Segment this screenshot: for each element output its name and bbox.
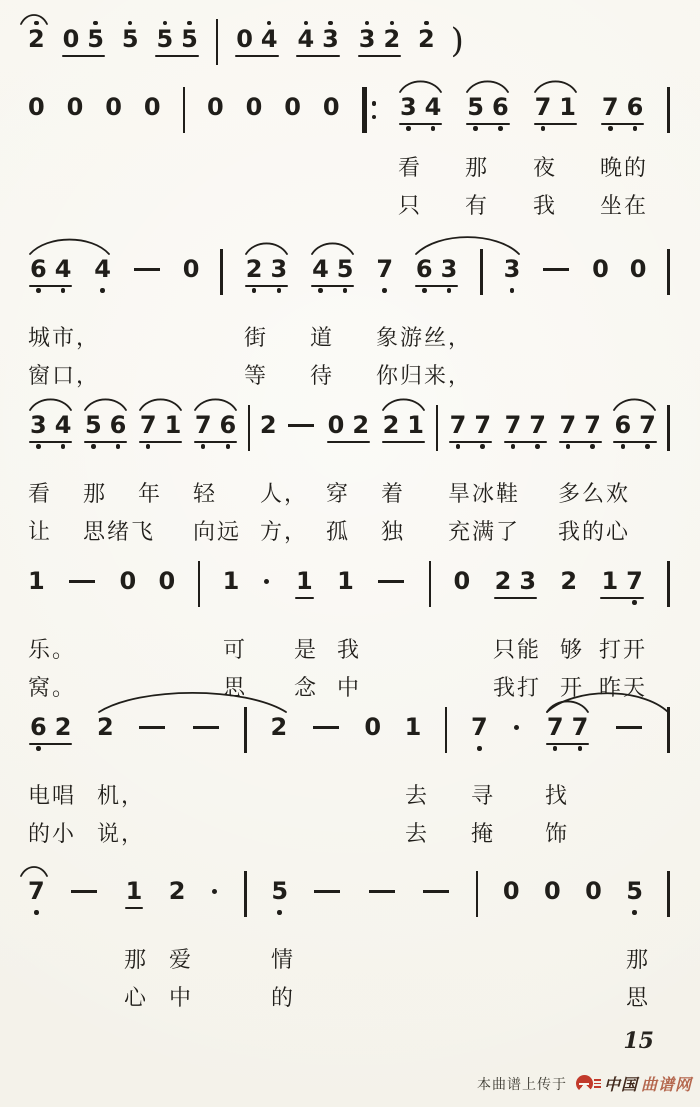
- note-3: 3: [400, 84, 417, 135]
- notes-row: 622201777: [28, 704, 670, 755]
- lyric-syllable: 只: [398, 189, 422, 220]
- note-5: 5: [271, 868, 288, 919]
- low-octave-dot: [645, 444, 650, 449]
- note-0: 0: [119, 558, 136, 609]
- lyric-syllable: 我: [533, 189, 557, 220]
- lyric-syllable: 等: [244, 359, 268, 390]
- note-0: 0: [454, 558, 471, 609]
- barline: [476, 871, 479, 917]
- note-0: 0: [323, 84, 340, 135]
- beamed-note-group: 76: [193, 402, 238, 453]
- note-3: 3: [519, 558, 536, 609]
- note-3: 3: [504, 246, 521, 297]
- low-octave-dot: [456, 444, 461, 449]
- barline: [667, 249, 670, 295]
- lyric-syllable: 是: [294, 633, 318, 664]
- beamed-note-group: 34: [28, 402, 73, 453]
- lyric-syllable: 情: [271, 943, 295, 974]
- note-4: 4: [55, 246, 72, 297]
- note-7: 7: [195, 402, 212, 453]
- lyric-syllable: 我打: [493, 671, 541, 702]
- note-7: 7: [626, 558, 643, 609]
- low-octave-dot: [633, 126, 638, 131]
- beamed-note-group: 62: [28, 704, 73, 755]
- note-0: 0: [28, 84, 45, 135]
- note-0: 0: [592, 246, 609, 297]
- lyric-syllable: 饰: [545, 817, 569, 848]
- lyric-line-2: 让思绪飞向远方，孤独充满了我的心: [28, 515, 670, 549]
- note-1: 1: [601, 558, 618, 609]
- low-octave-dot: [480, 444, 485, 449]
- lyric-syllable: 昨天: [599, 671, 647, 702]
- note-1: 1: [559, 84, 576, 135]
- note-7: 7: [535, 84, 552, 135]
- note-6: 6: [416, 246, 433, 297]
- low-octave-dot: [553, 746, 558, 751]
- augmentation-dot: [262, 558, 272, 584]
- note-7: 7: [529, 402, 546, 453]
- beamed-note-group: 63: [414, 246, 459, 297]
- note-6: 6: [614, 402, 631, 453]
- lyric-syllable: 的: [271, 981, 295, 1012]
- duration-dash: [614, 704, 644, 729]
- note-2: 2: [383, 402, 400, 453]
- beamed-note-group: 02: [326, 402, 371, 453]
- note-0: 0: [67, 84, 84, 135]
- note-2: 2: [271, 704, 288, 755]
- lyric-syllable: 心: [124, 981, 148, 1012]
- note-7: 7: [602, 84, 619, 135]
- duration-dash: [191, 704, 221, 729]
- low-octave-dot: [277, 288, 282, 293]
- beamed-note-group: 56: [465, 84, 510, 135]
- beamed-note-group: 05: [61, 16, 106, 67]
- note-4: 4: [312, 246, 329, 297]
- low-octave-dot: [343, 288, 348, 293]
- duration-dash: [311, 704, 341, 729]
- beamed-note-group: 04: [234, 16, 279, 67]
- note-0: 0: [105, 84, 122, 135]
- note-5: 5: [156, 16, 173, 67]
- system-6: 622201777电唱机，去寻找的小说，去掩饰: [28, 704, 670, 851]
- lyric-syllable: 看: [398, 151, 422, 182]
- barline: [480, 249, 483, 295]
- note-0: 0: [207, 84, 224, 135]
- beamed-note-group: 77: [545, 704, 590, 755]
- note-7: 7: [28, 868, 45, 919]
- low-octave-dot: [473, 126, 478, 131]
- lyric-syllable: 思绪飞: [83, 515, 155, 546]
- site-logo: 中国 曲谱网: [576, 1072, 692, 1095]
- note-0: 0: [144, 84, 161, 135]
- duration-dash: [367, 868, 397, 893]
- lyric-syllable: 只能: [493, 633, 541, 664]
- note-0: 0: [236, 16, 253, 67]
- note-5: 5: [626, 868, 643, 919]
- note-2: 2: [383, 16, 400, 67]
- barline: [220, 249, 223, 295]
- low-octave-dot: [100, 288, 105, 293]
- system-4: 345671762022177777767看那年轻人，穿着旱冰鞋多么欢让思绪飞向…: [28, 402, 670, 549]
- note-3: 3: [322, 16, 339, 67]
- system-7: 71250005那爱情那心中的思: [28, 868, 670, 1015]
- logo-text-china: 中国: [604, 1072, 638, 1095]
- system-1: 2055550443322): [28, 16, 464, 67]
- lyric-syllable: 有: [465, 189, 489, 220]
- notes-row: 2055550443322): [28, 16, 464, 67]
- duration-dash: [421, 868, 451, 893]
- lyric-line-1: 电唱机，去寻找: [28, 779, 670, 813]
- note-5: 5: [181, 16, 198, 67]
- beamed-note-group: 76: [600, 84, 645, 135]
- lyric-line-1: 那爱情那: [28, 943, 670, 977]
- note-0: 0: [630, 246, 647, 297]
- barline: [667, 561, 670, 607]
- note-7: 7: [376, 246, 393, 297]
- beamed-note-group: 23: [244, 246, 289, 297]
- page-number: 15: [623, 1028, 654, 1054]
- music-disc-icon: [576, 1075, 593, 1092]
- low-octave-dot: [406, 126, 411, 131]
- lyric-syllable: 充满了: [448, 515, 520, 546]
- barline: [667, 707, 670, 753]
- lyric-syllable: 可: [223, 633, 247, 664]
- lyric-syllable: 穿: [326, 477, 350, 508]
- beamed-note-group: 55: [154, 16, 199, 67]
- note-3: 3: [359, 16, 376, 67]
- barline: [198, 561, 201, 607]
- duration-dash: [67, 558, 97, 583]
- note-1: 1: [28, 558, 45, 609]
- lyric-syllable: 街: [244, 321, 268, 352]
- lyric-syllable: 那: [465, 151, 489, 182]
- repeat-start-sign: [362, 87, 377, 133]
- note-5: 5: [337, 246, 354, 297]
- beamed-note-group: 77: [558, 402, 603, 453]
- lyric-line-1: 看那夜晚的: [28, 151, 670, 185]
- low-octave-dot: [498, 126, 503, 131]
- low-octave-dot: [36, 746, 41, 751]
- note-2: 2: [246, 246, 263, 297]
- lyric-syllable: 年: [138, 477, 162, 508]
- lyric-syllable: 那: [626, 943, 650, 974]
- note-1: 1: [296, 558, 313, 609]
- lyric-line-2: 窗口，等待你归来，: [28, 359, 670, 393]
- note-1: 1: [126, 868, 143, 919]
- note-2: 2: [55, 704, 72, 755]
- low-octave-dot: [61, 444, 66, 449]
- note-1: 1: [405, 704, 422, 755]
- augmentation-dot: [210, 868, 220, 894]
- note-2: 2: [560, 558, 577, 609]
- beamed-note-group: 23: [493, 558, 538, 609]
- lyric-syllable: 掩: [471, 817, 495, 848]
- beamed-note-group: 71: [138, 402, 183, 453]
- notes-row: 0000000034567176: [28, 84, 670, 135]
- lyric-line-1: 看那年轻人，穿着旱冰鞋多么欢: [28, 477, 670, 511]
- low-octave-dot: [36, 444, 41, 449]
- beamed-note-group: 32: [357, 16, 402, 67]
- duration-dash: [541, 246, 571, 271]
- barline: [667, 405, 670, 451]
- note-2: 2: [260, 402, 277, 453]
- lyric-syllable: 道: [310, 321, 334, 352]
- note-7: 7: [474, 402, 491, 453]
- note-6: 6: [110, 402, 127, 453]
- lyric-syllable: 着: [381, 477, 405, 508]
- system-3: 64402345763300城市，街道象游丝，窗口，等待你归来，: [28, 246, 670, 393]
- lyric-syllable: 你归来，: [376, 359, 472, 390]
- note-7: 7: [547, 704, 564, 755]
- note-4: 4: [297, 16, 314, 67]
- lyric-syllable: 机，: [97, 779, 145, 810]
- footer-watermark: 本曲谱上传于 中国 曲谱网: [477, 1072, 692, 1095]
- duration-dash: [286, 402, 316, 427]
- note-6: 6: [30, 704, 47, 755]
- lyric-syllable: 去: [405, 817, 429, 848]
- lyric-syllable: 窝。: [28, 671, 76, 702]
- note-2: 2: [352, 402, 369, 453]
- note-4: 4: [94, 246, 111, 297]
- low-octave-dot: [431, 126, 436, 131]
- beamed-note-group: 34: [398, 84, 443, 135]
- lyric-syllable: 我的心: [558, 515, 630, 546]
- beamed-note-group: 1: [294, 558, 315, 609]
- augmentation-dot: [511, 704, 521, 730]
- low-octave-dot: [447, 288, 452, 293]
- beamed-note-group: 64: [28, 246, 73, 297]
- lyric-syllable: 中: [337, 671, 361, 702]
- lyric-syllable: 说，: [97, 817, 145, 848]
- close-paren: ): [451, 18, 464, 64]
- lyric-line-2: 窝。思念中我打开昨天: [28, 671, 670, 705]
- low-octave-dot: [277, 910, 282, 915]
- note-0: 0: [585, 868, 602, 919]
- low-octave-dot: [621, 444, 626, 449]
- lyric-syllable: 那: [124, 943, 148, 974]
- lyric-syllable: 我: [337, 633, 361, 664]
- lyric-syllable: 让: [28, 515, 52, 546]
- low-octave-dot: [632, 600, 637, 605]
- note-5: 5: [85, 402, 102, 453]
- lyric-syllable: 念: [294, 671, 318, 702]
- note-0: 0: [364, 704, 381, 755]
- lyric-syllable: 旱冰鞋: [448, 477, 520, 508]
- logo-text-qupu: 曲谱网: [641, 1072, 692, 1095]
- lyric-syllable: 打开: [599, 633, 647, 664]
- note-7: 7: [471, 704, 488, 755]
- lyric-syllable: 待: [310, 359, 334, 390]
- sheet-music-page: 2055550443322)0000000034567176看那夜晚的只有我坐在…: [0, 0, 700, 1107]
- note-3: 3: [30, 402, 47, 453]
- system-2: 0000000034567176看那夜晚的只有我坐在: [28, 84, 670, 223]
- beamed-note-group: 77: [503, 402, 548, 453]
- lyric-syllable: 寻: [471, 779, 495, 810]
- lyric-syllable: 思: [626, 981, 650, 1012]
- note-1: 1: [223, 558, 240, 609]
- note-6: 6: [627, 84, 644, 135]
- lyric-syllable: 爱: [169, 943, 193, 974]
- barline: [445, 707, 448, 753]
- duration-dash: [137, 704, 167, 729]
- lyric-syllable: 乐。: [28, 633, 76, 664]
- barline: [667, 871, 670, 917]
- note-7: 7: [572, 704, 589, 755]
- note-1: 1: [165, 402, 182, 453]
- low-octave-dot: [61, 288, 66, 293]
- low-octave-dot: [422, 288, 427, 293]
- note-7: 7: [140, 402, 157, 453]
- low-octave-dot: [226, 444, 231, 449]
- duration-dash: [376, 558, 406, 583]
- note-7: 7: [584, 402, 601, 453]
- lyric-line-1: 城市，街道象游丝，: [28, 321, 670, 355]
- lyric-syllable: 独: [381, 515, 405, 546]
- lyric-syllable: 夜: [533, 151, 557, 182]
- notes-row: 64402345763300: [28, 246, 670, 297]
- beamed-note-group: 71: [533, 84, 578, 135]
- low-octave-dot: [252, 288, 257, 293]
- low-octave-dot: [632, 910, 637, 915]
- note-3: 3: [270, 246, 287, 297]
- barline: [244, 707, 247, 753]
- barline: [429, 561, 432, 607]
- lyric-syllable: 城市，: [28, 321, 100, 352]
- staff-lines-icon: [594, 1079, 601, 1088]
- system-5: 100111023217乐。可是我只能够打开窝。思念中我打开昨天: [28, 558, 670, 705]
- note-2: 2: [418, 16, 435, 67]
- low-octave-dot: [590, 444, 595, 449]
- duration-dash: [312, 868, 342, 893]
- lyric-syllable: 那: [83, 477, 107, 508]
- lyric-syllable: 坐在: [600, 189, 648, 220]
- lyric-line-2: 的小说，去掩饰: [28, 817, 670, 851]
- note-4: 4: [261, 16, 278, 67]
- beamed-note-group: 43: [295, 16, 340, 67]
- lyric-syllable: 思: [223, 671, 247, 702]
- note-0: 0: [328, 402, 345, 453]
- note-5: 5: [87, 16, 104, 67]
- lyric-syllable: 的小: [28, 817, 76, 848]
- note-2: 2: [28, 16, 45, 67]
- notes-row: 100111023217: [28, 558, 670, 609]
- lyric-syllable: 人，: [260, 477, 308, 508]
- lyric-syllable: 看: [28, 477, 52, 508]
- low-octave-dot: [535, 444, 540, 449]
- barline: [216, 19, 219, 65]
- note-1: 1: [337, 558, 354, 609]
- low-octave-dot: [510, 288, 515, 293]
- beamed-note-group: 67: [612, 402, 657, 453]
- barline: [248, 405, 251, 451]
- lyric-syllable: 电唱: [28, 779, 76, 810]
- note-6: 6: [30, 246, 47, 297]
- note-2: 2: [97, 704, 114, 755]
- low-octave-dot: [36, 288, 41, 293]
- note-0: 0: [544, 868, 561, 919]
- note-7: 7: [505, 402, 522, 453]
- low-octave-dot: [116, 444, 121, 449]
- beamed-note-group: 17: [599, 558, 644, 609]
- note-2: 2: [169, 868, 186, 919]
- beamed-note-group: 45: [310, 246, 355, 297]
- low-octave-dot: [91, 444, 96, 449]
- low-octave-dot: [477, 746, 482, 751]
- low-octave-dot: [541, 126, 546, 131]
- low-octave-dot: [578, 746, 583, 751]
- note-7: 7: [560, 402, 577, 453]
- barline: [183, 87, 186, 133]
- note-5: 5: [122, 16, 139, 67]
- note-0: 0: [246, 84, 263, 135]
- footer-upload-text: 本曲谱上传于: [477, 1074, 567, 1094]
- beamed-note-group: 21: [381, 402, 426, 453]
- beamed-note-group: 1: [124, 868, 145, 919]
- lyric-syllable: 开: [560, 671, 584, 702]
- low-octave-dot: [34, 910, 39, 915]
- duration-dash: [69, 868, 99, 893]
- low-octave-dot: [318, 288, 323, 293]
- notes-row: 345671762022177777767: [28, 402, 670, 453]
- lyric-syllable: 去: [405, 779, 429, 810]
- lyric-syllable: 中: [169, 981, 193, 1012]
- low-octave-dot: [511, 444, 516, 449]
- note-4: 4: [55, 402, 72, 453]
- note-6: 6: [492, 84, 509, 135]
- notes-row: 71250005: [28, 868, 670, 919]
- duration-dash: [132, 246, 162, 271]
- lyric-syllable: 晚的: [600, 151, 648, 182]
- low-octave-dot: [201, 444, 206, 449]
- lyric-syllable: 象游丝，: [376, 321, 472, 352]
- note-4: 4: [425, 84, 442, 135]
- low-octave-dot: [146, 444, 151, 449]
- note-6: 6: [220, 402, 237, 453]
- note-0: 0: [159, 558, 176, 609]
- beamed-note-group: 56: [83, 402, 128, 453]
- note-0: 0: [503, 868, 520, 919]
- lyric-line-1: 乐。可是我只能够打开: [28, 633, 670, 667]
- low-octave-dot: [382, 288, 387, 293]
- lyric-line-2: 心中的思: [28, 981, 670, 1015]
- lyric-syllable: 方，: [260, 515, 308, 546]
- lyric-syllable: 够: [560, 633, 584, 664]
- barline: [667, 87, 670, 133]
- note-7: 7: [450, 402, 467, 453]
- note-2: 2: [495, 558, 512, 609]
- barline: [436, 405, 439, 451]
- note-0: 0: [63, 16, 80, 67]
- lyric-syllable: 找: [545, 779, 569, 810]
- low-octave-dot: [608, 126, 613, 131]
- note-0: 0: [284, 84, 301, 135]
- lyric-syllable: 轻: [193, 477, 217, 508]
- note-5: 5: [467, 84, 484, 135]
- note-3: 3: [441, 246, 458, 297]
- lyric-syllable: 窗口，: [28, 359, 100, 390]
- note-7: 7: [639, 402, 656, 453]
- lyric-syllable: 向远: [193, 515, 241, 546]
- lyric-syllable: 多么欢: [558, 477, 630, 508]
- note-0: 0: [183, 246, 200, 297]
- note-1: 1: [407, 402, 424, 453]
- barline: [244, 871, 247, 917]
- beamed-note-group: 77: [448, 402, 493, 453]
- low-octave-dot: [566, 444, 571, 449]
- lyric-line-2: 只有我坐在: [28, 189, 670, 223]
- lyric-syllable: 孤: [326, 515, 350, 546]
